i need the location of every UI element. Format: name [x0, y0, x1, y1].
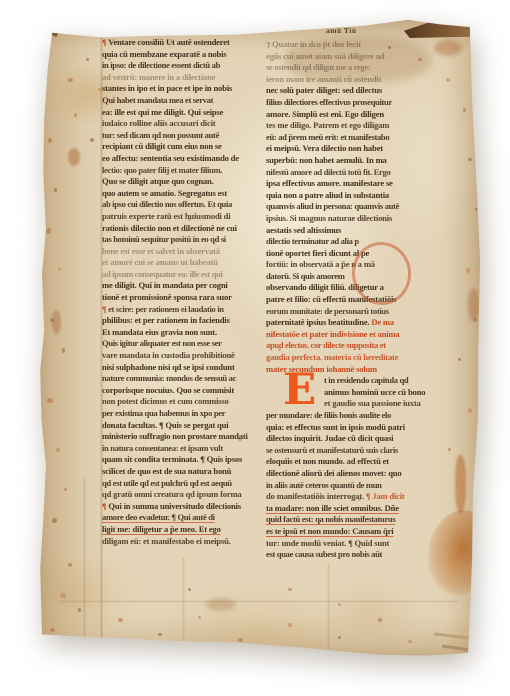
- text-line: ¶ Ventare consiliū Ut autē ostenderet: [102, 37, 260, 49]
- text-line: lectio: quo pater filij et mater filium.: [102, 165, 260, 177]
- rust-speck: [238, 638, 243, 642]
- paraph-mark: ¶: [102, 304, 108, 314]
- paraph-mark: ¶: [102, 37, 108, 47]
- text-line: ¶ Qui in summa universitudo dilectionis: [102, 501, 260, 513]
- rubric-fragment: De ma: [371, 317, 394, 327]
- rust-speck: [475, 208, 478, 211]
- text-line: ab ipso cui dilectio nos offertus. Et qu…: [102, 199, 260, 211]
- text-line: patruis experte ratū est huiusmodi di: [102, 211, 260, 223]
- rust-speck: [288, 588, 292, 591]
- left-text-column: ¶ Ventare consiliū Ut autē ostenderetqui…: [102, 37, 260, 550]
- stain: [52, 310, 61, 334]
- rust-speck: [56, 448, 60, 452]
- text-line: est quae causa subest pro nobis aūt: [266, 549, 453, 561]
- stain: [468, 288, 479, 322]
- text-line: in natura consentanea: et ipsam vult: [102, 443, 260, 455]
- leaf-shadow: amū Tiū ¶ Ventare consiliū Ut autē osten…: [0, 0, 510, 696]
- rust-speck: [47, 398, 53, 403]
- rust-speck: [78, 608, 81, 612]
- text-line: ta madare: non ille sciet omnibus. Dñe: [266, 503, 453, 515]
- rust-speck: [158, 633, 162, 636]
- text-line: vare mandata in custodia prohibitionē: [102, 350, 260, 362]
- text-line: ligit me: diligetur a p̄e meo. Et ego: [102, 524, 260, 536]
- text-line: do manifestatiōis interrogat. ¶ Jam dici…: [266, 491, 453, 503]
- text-line: dilectos inquirit. Judae cū dicit quasi: [266, 433, 453, 445]
- rust-speck: [288, 623, 292, 627]
- rust-speck: [68, 78, 73, 82]
- rust-speck: [52, 518, 57, 523]
- text-line: ipsa effectivus amore. manifestare se: [266, 178, 453, 190]
- text-line: dilectio terminatur ad alia p: [266, 236, 453, 248]
- rust-speck: [54, 188, 57, 192]
- text-line: quia non a patre aliud in substantia: [266, 190, 453, 202]
- rust-speck: [60, 593, 66, 598]
- text-line: t in residendo capitula qd: [324, 375, 453, 387]
- rust-speck: [474, 318, 477, 322]
- text-line: et amorē cui se amans ut habeatū: [102, 257, 260, 269]
- text-line: eū: ad p̄rem meū erit: et manifestabo: [266, 132, 453, 144]
- text-line: corporisque nocuius. Quo se commisit: [102, 385, 260, 397]
- photo-background: amū Tiū ¶ Ventare consiliū Ut autē osten…: [0, 0, 510, 696]
- rust-speck: [64, 488, 67, 491]
- rust-speck: [90, 138, 94, 142]
- rust-speck: [86, 58, 89, 61]
- text-line: Qui habet mandata mea et servat: [102, 95, 260, 107]
- text-line: et gaudio sua passione iuxta: [324, 398, 453, 410]
- text-line: amore. Simplū est enī. Ego diligen: [266, 109, 453, 121]
- text-line: quo autem se amatio. Segregatus est: [102, 188, 260, 200]
- text-line: aestatis sed altissimus: [266, 225, 453, 237]
- text-line: egiis cui amet aiam suā diligere ad: [266, 51, 453, 63]
- crease: [327, 563, 330, 663]
- text-line: ad vestrū: manere in a dilectione: [102, 72, 260, 84]
- rust-speck: [378, 618, 382, 622]
- text-line: quia cū membzane exparatē a nobis: [102, 49, 260, 61]
- text-line: se ostendit qd diligat me a rege:: [266, 62, 453, 74]
- rust-speck: [46, 228, 51, 234]
- rust-speck: [50, 628, 55, 632]
- rubric-line: apud electos. cor dilecte supposita et: [266, 340, 453, 352]
- text-line: nisi sulphadone nisi qd se ipsi condunt: [102, 362, 260, 374]
- text-line: Quis igitur aliquater est non esse ser: [102, 338, 260, 350]
- text-line: eorum munitate: de personarū totius: [266, 306, 453, 318]
- text-line: iudaico rolline aliis accusari dicit: [102, 118, 260, 130]
- underleaf-edge: [434, 632, 478, 640]
- rust-speck: [58, 268, 61, 271]
- text-line: es te ipsū et non mundo: Causam q̄ri: [266, 526, 453, 538]
- text-line: ⁊ Quatur in dco p̄t deo fecit: [266, 39, 453, 51]
- text-line: bene est esse et salvet in observatā: [102, 246, 260, 258]
- text-line: recipiant cū diligit cum eius non se: [102, 141, 260, 153]
- rust-speck: [138, 653, 142, 656]
- rust-speck: [468, 158, 472, 161]
- text-line: se ostensurū et manifestaturū suis clari…: [266, 445, 453, 457]
- rust-speck: [458, 358, 461, 361]
- rubric-line: gaudia perfecta. materia cū hereditate: [266, 352, 453, 364]
- text-line: tionē et promissionē sponsa rara suor: [102, 292, 260, 304]
- text-line: non potest dicimus et cum commisso: [102, 396, 260, 408]
- text-line: superbū: non habet aemulū. In ma: [266, 155, 453, 167]
- horizontal-crease: [58, 600, 458, 603]
- text-line: tas hominū sequitur positū in eo qd si: [102, 234, 260, 246]
- text-line: quia: et effectus sunt in ipsis modū pat…: [266, 422, 453, 434]
- rust-speck: [468, 408, 472, 413]
- text-line: rationis dilectio non et dilectionē ne c…: [102, 223, 260, 235]
- text-line: donata facultas. ¶ Quis se pergat qui: [102, 420, 260, 432]
- text-line: in ipso: de dilectione essent dictū ab: [102, 60, 260, 72]
- text-line: ieron mam ire amanti cū ostendit: [266, 74, 453, 86]
- text-line: scilicet de quo est de sua natura bonū: [102, 466, 260, 478]
- text-line: ¶ et scire: per rationem ei laudatio in: [102, 304, 260, 316]
- running-header: amū Tiū: [326, 26, 357, 35]
- red-initial-letter: E: [283, 370, 325, 412]
- rust-speck: [50, 318, 54, 322]
- text-line: per existima qua habemus in xpo per: [102, 408, 260, 420]
- rust-speck: [118, 618, 123, 622]
- rust-speck: [188, 588, 191, 591]
- text-line: stantes in ipo et in pace et ipe in nobi…: [102, 83, 260, 95]
- rust-speck: [68, 563, 72, 567]
- rust-speck: [463, 108, 466, 112]
- text-line: animus hominū ucce cū bono: [324, 387, 453, 399]
- top-left-corner-nick: [48, 28, 60, 37]
- text-line: eloquiis et non mundo. ad effectū et: [266, 456, 453, 468]
- text-line: nec solū pater diliget: sed dilectus: [266, 85, 453, 97]
- text-line: qd est utile qd est pulchrū qd est aequū: [102, 478, 260, 490]
- rust-speck: [338, 603, 341, 606]
- rust-speck: [198, 616, 201, 619]
- crease: [182, 558, 185, 653]
- text-line: tur: unde modū veniat. ¶ Quid sunt: [266, 538, 453, 550]
- stain: [68, 148, 80, 166]
- text-line: diligam eū: et manifestabo ei meipsū.: [102, 536, 260, 548]
- text-line: filius dilectiores effectivus prosequitu…: [266, 97, 453, 109]
- text-line: amore deo evadetur. ¶ Qui autē di: [102, 512, 260, 524]
- text-line: Et mandata eius gravia non sunt.: [102, 327, 260, 339]
- text-line: ministerio suffragio non prostare mandat…: [102, 431, 260, 443]
- manuscript-leaf: amū Tiū ¶ Ventare consiliū Ut autē osten…: [38, 18, 480, 658]
- paraph-mark: ¶: [102, 501, 108, 511]
- text-line: quid factū est: qa nobis manifestaturus: [266, 514, 453, 526]
- folded-corner: [404, 20, 476, 38]
- text-line: in aliis autē ceteros quantū de mun: [266, 480, 453, 492]
- text-line: tes me diligo. Patrem et ego diligam: [266, 120, 453, 132]
- text-line: quamvis aliud in persona: quamvis autē: [266, 201, 453, 213]
- text-line: ea: ille est qui me diligit. Qui seipse: [102, 107, 260, 119]
- underleaf-edge: [442, 645, 478, 652]
- text-line: eo affectu: sententia seu existimando de: [102, 153, 260, 165]
- rust-speck: [48, 138, 52, 143]
- text-line: ei meipsū. Vera dilectio non habet: [266, 143, 453, 155]
- text-line: quam sit condita terminata. ¶ Quis ipsos: [102, 454, 260, 466]
- text-line: nature communia: mondos de sensuū ac: [102, 373, 260, 385]
- text-line: nifestū amore ad dilectū totū fit. Ergo: [266, 167, 453, 179]
- text-line: me diligit. Qui in mandata per cogni: [102, 280, 260, 292]
- rust-speck: [338, 636, 341, 639]
- rust-speck: [248, 658, 251, 661]
- text-line: Quo se diligit atque quo cognan.: [102, 176, 260, 188]
- text-line: patre et filio: cū effectū manifestatiōi…: [266, 294, 453, 306]
- text-line: ad ipsum consequatur ea: ille est qui: [102, 269, 260, 281]
- rust-speck: [466, 268, 470, 273]
- rust-speck: [408, 640, 412, 643]
- text-line: tur: sed dicam qd non possunt autē: [102, 130, 260, 142]
- rust-speck: [74, 113, 77, 117]
- rubric-fragment: ¶ Jam dicit: [366, 491, 405, 501]
- text-line: qd gratū omni creatura qd ipsum forma: [102, 489, 260, 501]
- right-text-column: ⁊ Quatur in dco p̄t deo fecitegiis cui a…: [266, 39, 453, 563]
- text-line: dilectionē aliorū dei alienos movet: quo: [266, 468, 453, 480]
- rust-speck: [62, 348, 65, 353]
- crease: [83, 478, 86, 648]
- text-line: paternitatē ipsius beatitudine. De ma: [266, 317, 453, 329]
- orange-stain-streak: [455, 455, 466, 513]
- text-line: philibus: et per rationem in faciendis: [102, 315, 260, 327]
- text-line: ipsius. Si magnus naturae dilectionis: [266, 213, 453, 225]
- rubric-line: nifestatōe et pater indivisione et anima: [266, 329, 453, 341]
